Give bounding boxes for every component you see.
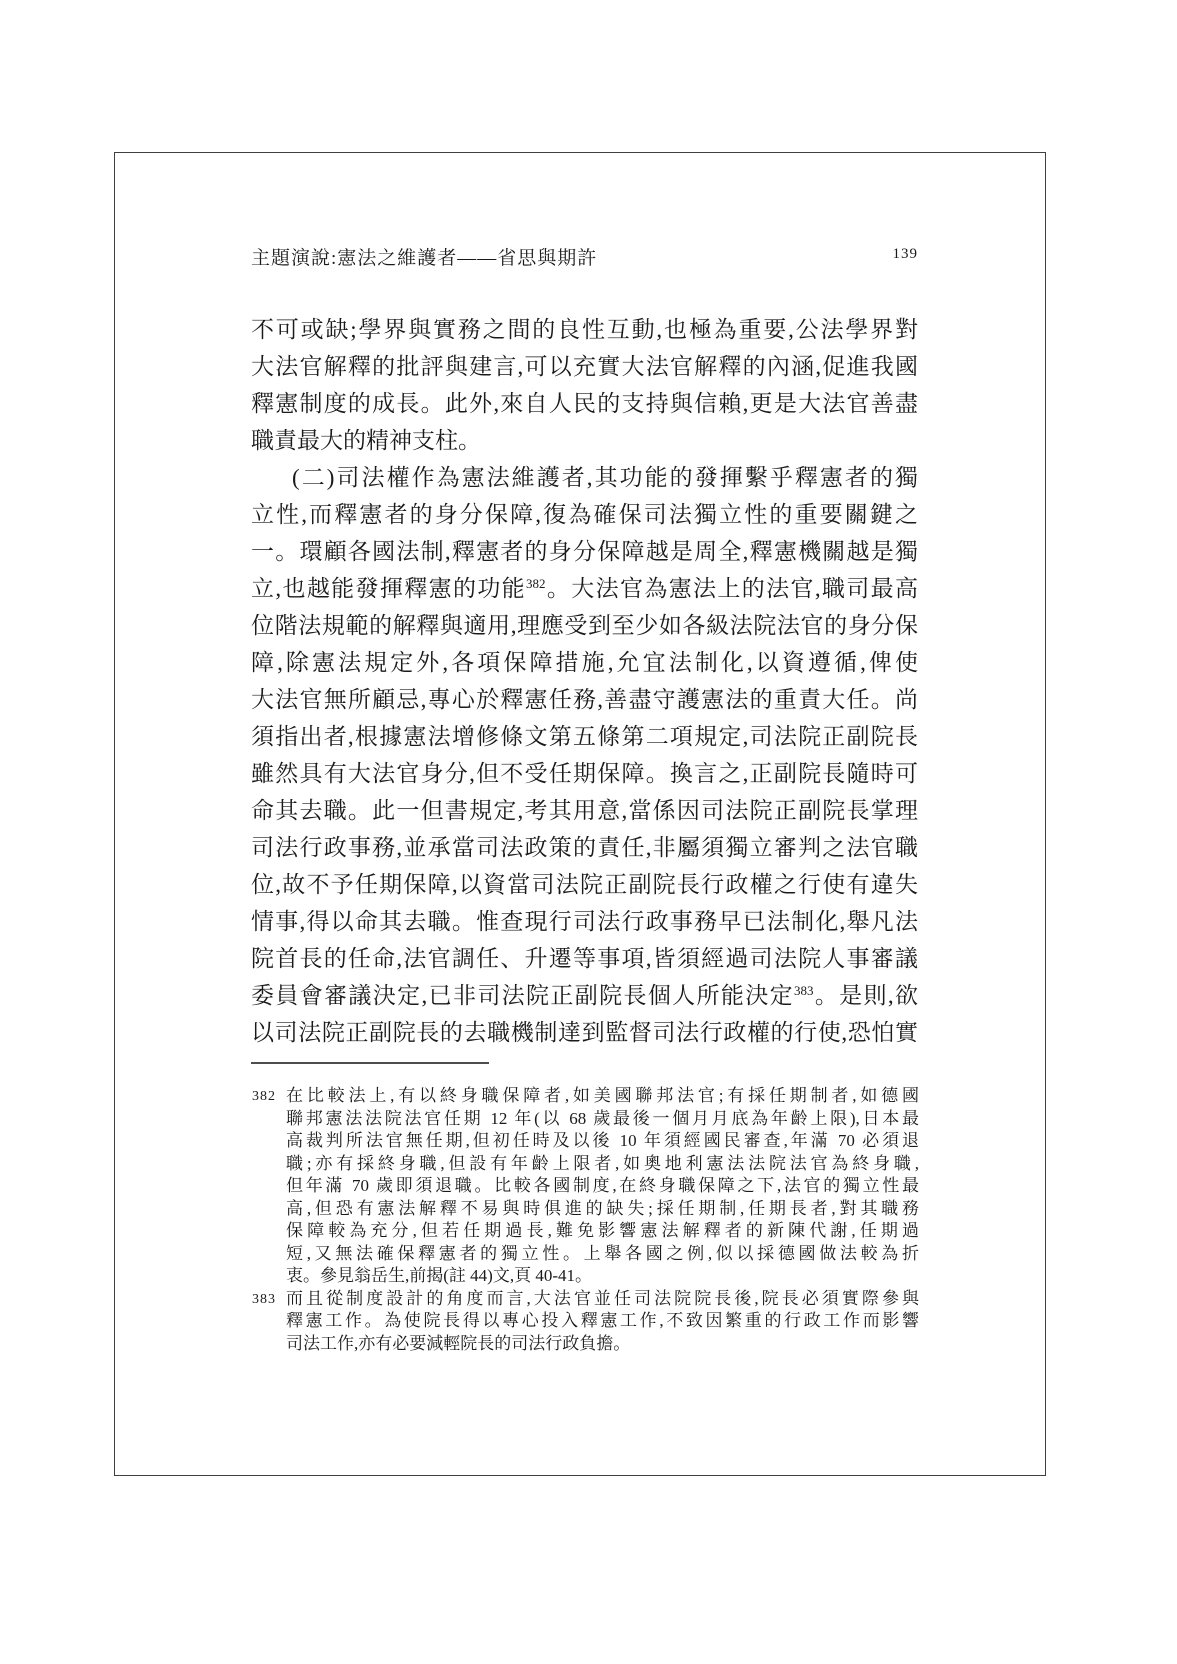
page-number: 139: [893, 246, 919, 263]
body-line: 雖然具有大法官身分,但不受任期保障。換言之,正副院長隨時可: [251, 755, 918, 792]
footnote-line: 保障較為充分,但若任期過長,難免影響憲法解釋者的新陳代謝,任期過: [286, 1220, 919, 1243]
running-title: 主題演說:憲法之維護者——省思與期許: [251, 243, 597, 270]
body-line: 一。環顧各國法制,釋憲者的身分保障越是周全,釋憲機關越是獨: [251, 533, 918, 570]
page-border: 主題演說:憲法之維護者——省思與期許 139 不可或缺;學界與實務之間的良性互動…: [114, 152, 1046, 1476]
body-text: 不可或缺;學界與實務之間的良性互動,也極為重要,公法學界對 大法官解釋的批評與建…: [251, 311, 918, 1051]
document-page: 主題演說:憲法之維護者——省思與期許 139 不可或缺;學界與實務之間的良性互動…: [0, 0, 1177, 1664]
body-line-paragraph-start: (二)司法權作為憲法維護者,其功能的發揮繫乎釋憲者的獨: [251, 459, 918, 496]
footnote-ref-383: 383: [794, 983, 814, 998]
body-line: 司法行政事務,並承當司法政策的責任,非屬須獨立審判之法官職: [251, 829, 918, 866]
footnote-separator: [251, 1062, 489, 1064]
body-line: 院首長的任命,法官調任、升遷等事項,皆須經過司法院人事審議: [251, 940, 918, 977]
footnote-line: 短,又無法確保釋憲者的獨立性。上舉各國之例,似以採德國做法較為折: [286, 1243, 919, 1266]
footnote-line: 高,但恐有憲法解釋不易與時俱進的缺失;採任期制,任期長者,對其職務: [286, 1198, 919, 1221]
footnote-ref-382: 382: [526, 576, 546, 591]
body-line: 立,也越能發揮釋憲的功能382。大法官為憲法上的法官,職司最高: [251, 570, 918, 607]
footnote-382: 382 在比較法上,有以終身職保障者,如美國聯邦法官;有採任期制者,如德國 聯邦…: [286, 1085, 919, 1288]
body-line: 釋憲制度的成長。此外,來自人民的支持與信賴,更是大法官善盡: [251, 385, 918, 422]
footnote-line: 司法工作,亦有必要減輕院長的司法行政負擔。: [286, 1333, 919, 1356]
body-line: 命其去職。此一但書規定,考其用意,當係因司法院正副院長掌理: [251, 792, 918, 829]
body-line: 須指出者,根據憲法增修條文第五條第二項規定,司法院正副院長: [251, 718, 918, 755]
body-text-segment: 。是則,欲: [813, 983, 918, 1008]
footnote-line: 高裁判所法官無任期,但初任時及以後 10 年須經國民審查,年滿 70 必須退: [286, 1130, 919, 1153]
body-line: 不可或缺;學界與實務之間的良性互動,也極為重要,公法學界對: [251, 311, 918, 348]
body-line: 立性,而釋憲者的身分保障,復為確保司法獨立性的重要關鍵之: [251, 496, 918, 533]
footnote-number: 383: [252, 1289, 276, 1312]
footnote-line: 職;亦有採終身職,但設有年齡上限者,如奧地利憲法法院法官為終身職,: [286, 1153, 919, 1176]
body-line: 障,除憲法規定外,各項保障措施,允宜法制化,以資遵循,俾使: [251, 644, 918, 681]
footnote-number: 382: [252, 1086, 276, 1109]
body-line: 位階法規範的解釋與適用,理應受到至少如各級法院法官的身分保: [251, 607, 918, 644]
body-line: 委員會審議決定,已非司法院正副院長個人所能決定383。是則,欲: [251, 977, 918, 1014]
page-header: 主題演說:憲法之維護者——省思與期許 139: [251, 243, 918, 269]
footnote-line: 在比較法上,有以終身職保障者,如美國聯邦法官;有採任期制者,如德國: [286, 1085, 919, 1108]
body-text-segment: 委員會審議決定,已非司法院正副院長個人所能決定: [251, 983, 794, 1008]
footnotes-section: 382 在比較法上,有以終身職保障者,如美國聯邦法官;有採任期制者,如德國 聯邦…: [286, 1085, 919, 1355]
footnote-line: 但年滿 70 歲即須退職。比較各國制度,在終身職保障之下,法官的獨立性最: [286, 1175, 919, 1198]
body-line: 大法官解釋的批評與建言,可以充實大法官解釋的內涵,促進我國: [251, 348, 918, 385]
body-line: 以司法院正副院長的去職機制達到監督司法行政權的行使,恐怕實: [251, 1014, 918, 1051]
footnote-line: 釋憲工作。為使院長得以專心投入釋憲工作,不致因繁重的行政工作而影響: [286, 1310, 919, 1333]
footnote-line: 而且從制度設計的角度而言,大法官並任司法院院長後,院長必須實際參與: [286, 1288, 919, 1311]
footnote-line: 聯邦憲法法院法官任期 12 年(以 68 歲最後一個月月底為年齡上限),日本最: [286, 1108, 919, 1131]
footnote-383: 383 而且從制度設計的角度而言,大法官並任司法院院長後,院長必須實際參與 釋憲…: [286, 1288, 919, 1356]
body-text-segment: 。大法官為憲法上的法官,職司最高: [546, 576, 918, 601]
body-line-paragraph-end: 職責最大的精神支柱。: [251, 422, 918, 459]
body-line: 情事,得以命其去職。惟查現行司法行政事務早已法制化,舉凡法: [251, 903, 918, 940]
body-text-segment: 立,也越能發揮釋憲的功能: [251, 576, 526, 601]
body-line: 位,故不予任期保障,以資當司法院正副院長行政權之行使有違失: [251, 866, 918, 903]
footnote-line: 衷。參見翁岳生,前揭(註 44)文,頁 40-41。: [286, 1265, 919, 1288]
body-line: 大法官無所顧忌,專心於釋憲任務,善盡守護憲法的重責大任。尚: [251, 681, 918, 718]
